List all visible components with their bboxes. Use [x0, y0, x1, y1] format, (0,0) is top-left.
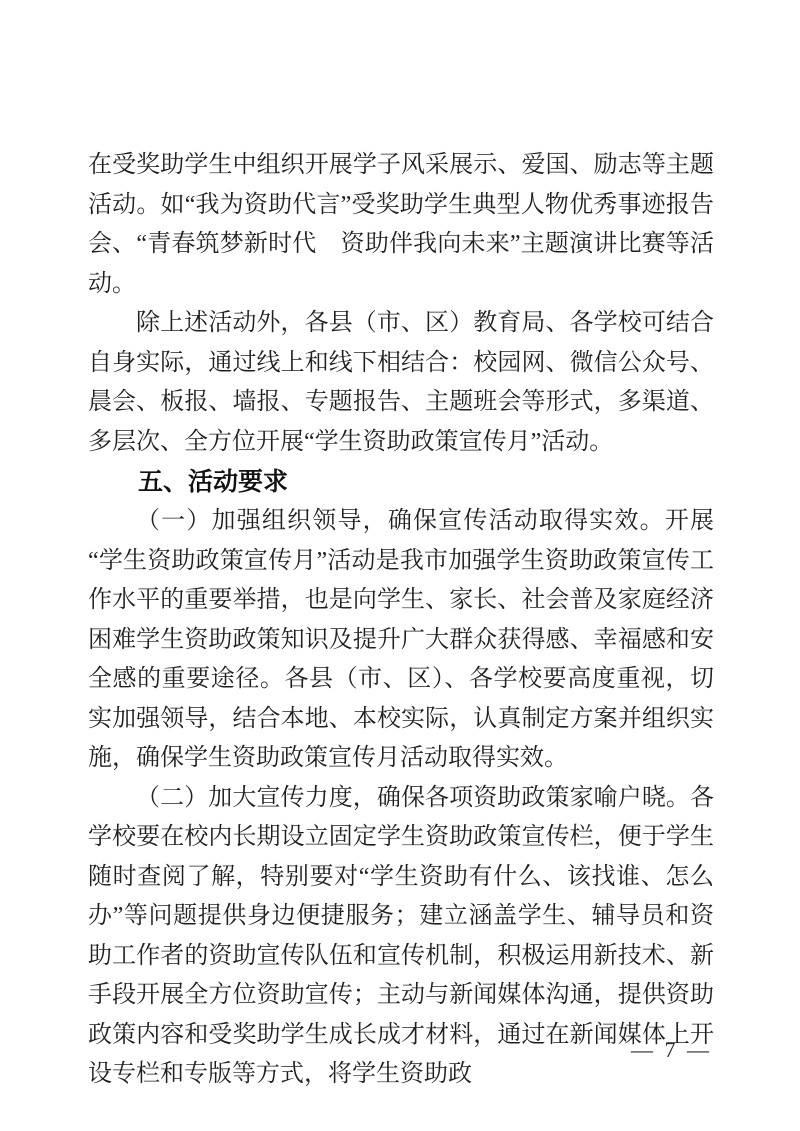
page-footer: — 7 — — [631, 1038, 712, 1062]
paragraph: （一）加强组织领导，确保宣传活动取得实效。开展“学生资助政策宣传月”活动是我市加… — [88, 502, 714, 779]
section-heading: 五、活动要求 — [88, 462, 714, 502]
document-page: 在受奖助学生中组织开展学子风采展示、爱国、励志等主题活动。如“我为资助代言”受奖… — [0, 0, 800, 1131]
document-body: 在受奖助学生中组织开展学子风采展示、爱国、励志等主题活动。如“我为资助代言”受奖… — [88, 146, 714, 1095]
paragraph: 除上述活动外，各县（市、区）教育局、各学校可结合自身实际，通过线上和线下相结合：… — [88, 304, 714, 462]
paragraph: （二）加大宣传力度，确保各项资助政策家喻户晓。各学校要在校内长期设立固定学生资助… — [88, 779, 714, 1095]
page-number: — 7 — — [631, 1037, 712, 1062]
paragraph-continued-from-previous-page: 在受奖助学生中组织开展学子风采展示、爱国、励志等主题活动。如“我为资助代言”受奖… — [88, 146, 714, 304]
